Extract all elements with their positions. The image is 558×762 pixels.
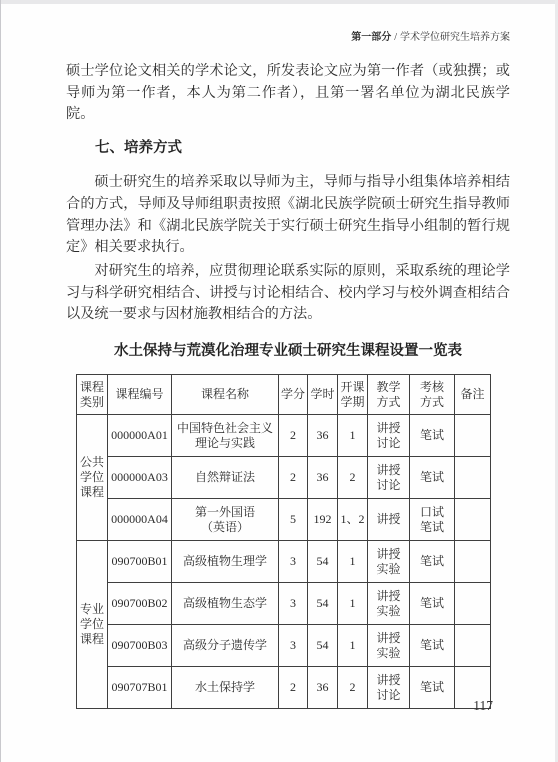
cell-name: 高级植物生态学 (172, 583, 279, 625)
cell-assessment: 笔试 (410, 541, 455, 583)
cell-name: 中国特色社会主义 理论与实践 (172, 415, 279, 457)
running-header-section: 第一部分 (351, 32, 391, 43)
cell-semester: 1 (338, 541, 368, 583)
cell-assessment: 笔试 (410, 667, 455, 709)
cell-teaching: 讲授 讨论 (368, 457, 410, 499)
cell-semester: 1 (338, 415, 368, 457)
cell-name: 第一外国语 （英语） (172, 499, 279, 541)
cell-credits: 3 (279, 541, 308, 583)
running-header: 第一部分/学术学位研究生培养方案 (66, 31, 510, 44)
document-page: 第一部分/学术学位研究生培养方案 硕士学位论文相关的学术论文，所发表论文应为第一… (0, 0, 558, 762)
cell-code: 090700B01 (108, 541, 172, 583)
cell-hours: 54 (308, 625, 338, 667)
section-heading: 七、培养方式 (66, 137, 510, 159)
cell-teaching: 讲授 实验 (368, 541, 410, 583)
cell-name: 高级植物生理学 (172, 541, 279, 583)
category-cell: 专业 学位 课程 (77, 541, 108, 709)
table-row: 000000A03自然辩证法2362讲授 讨论笔试 (77, 457, 491, 499)
running-header-title: 学术学位研究生培养方案 (400, 32, 510, 43)
cell-name: 高级分子遗传学 (172, 625, 279, 667)
column-header: 教学 方式 (368, 375, 410, 415)
table-row: 000000A04第一外国语 （英语）51921、2讲授口试 笔试 (77, 499, 491, 541)
cell-code: 000000A04 (108, 499, 172, 541)
cell-hours: 54 (308, 583, 338, 625)
table-row: 090700B03高级分子遗传学3541讲授 实验笔试 (77, 625, 491, 667)
cell-credits: 3 (279, 583, 308, 625)
course-table-title: 水土保持与荒漠化治理专业硕士研究生课程设置一览表 (66, 343, 510, 360)
column-header: 课程编号 (108, 375, 172, 415)
cell-note (455, 583, 491, 625)
course-table-header-row: 课程 类别课程编号课程名称学分学时开课 学期教学 方式考核 方式备注 (77, 375, 491, 415)
cell-name: 自然辩证法 (172, 457, 279, 499)
cell-assessment: 笔试 (410, 625, 455, 667)
cell-code: 000000A03 (108, 457, 172, 499)
cell-note (455, 457, 491, 499)
cell-teaching: 讲授 讨论 (368, 415, 410, 457)
column-header: 学分 (279, 375, 308, 415)
cell-note (455, 415, 491, 457)
cell-hours: 192 (308, 499, 338, 541)
body-paragraph-2: 对研究生的培养，应贯彻理论联系实际的原则，采取系统的理论学习与科学研究相结合、讲… (66, 261, 510, 326)
cell-assessment: 口试 笔试 (410, 499, 455, 541)
column-header: 学时 (308, 375, 338, 415)
column-header: 课程名称 (172, 375, 279, 415)
cell-credits: 3 (279, 625, 308, 667)
cell-credits: 5 (279, 499, 308, 541)
column-header: 课程 类别 (77, 375, 108, 415)
cell-hours: 36 (308, 457, 338, 499)
cell-hours: 36 (308, 667, 338, 709)
cell-semester: 1 (338, 625, 368, 667)
table-row: 公共 学位 课程000000A01中国特色社会主义 理论与实践2361讲授 讨论… (77, 415, 491, 457)
body-continuation-paragraph: 硕士学位论文相关的学术论文，所发表论文应为第一作者（或独撰；或导师为第一作者，本… (66, 61, 510, 126)
cell-semester: 1、2 (338, 499, 368, 541)
scan-edge-left (0, 0, 1, 762)
page-number: 117 (473, 698, 493, 713)
column-header: 考核 方式 (410, 375, 455, 415)
column-header: 开课 学期 (338, 375, 368, 415)
cell-note (455, 625, 491, 667)
cell-teaching: 讲授 实验 (368, 625, 410, 667)
course-table: 课程 类别课程编号课程名称学分学时开课 学期教学 方式考核 方式备注 公共 学位… (76, 374, 491, 709)
body-paragraph-1: 硕士研究生的培养采取以导师为主，导师与指导小组集体培养相结合的方式，导师及导师组… (66, 172, 510, 259)
cell-teaching: 讲授 (368, 499, 410, 541)
cell-assessment: 笔试 (410, 583, 455, 625)
cell-credits: 2 (279, 667, 308, 709)
cell-code: 090707B01 (108, 667, 172, 709)
cell-assessment: 笔试 (410, 415, 455, 457)
category-cell: 公共 学位 课程 (77, 415, 108, 541)
cell-code: 090700B02 (108, 583, 172, 625)
cell-assessment: 笔试 (410, 457, 455, 499)
cell-code: 090700B03 (108, 625, 172, 667)
column-header: 备注 (455, 375, 491, 415)
table-row: 090707B01水土保持学2362讲授 讨论笔试 (77, 667, 491, 709)
cell-teaching: 讲授 讨论 (368, 667, 410, 709)
cell-semester: 2 (338, 457, 368, 499)
page-content: 第一部分/学术学位研究生培养方案 硕士学位论文相关的学术论文，所发表论文应为第一… (66, 0, 510, 709)
cell-semester: 2 (338, 667, 368, 709)
cell-hours: 54 (308, 541, 338, 583)
cell-code: 000000A01 (108, 415, 172, 457)
cell-hours: 36 (308, 415, 338, 457)
cell-teaching: 讲授 实验 (368, 583, 410, 625)
table-row: 090700B02高级植物生态学3541讲授 实验笔试 (77, 583, 491, 625)
course-table-body: 公共 学位 课程000000A01中国特色社会主义 理论与实践2361讲授 讨论… (77, 415, 491, 709)
cell-note (455, 541, 491, 583)
table-row: 专业 学位 课程090700B01高级植物生理学3541讲授 实验笔试 (77, 541, 491, 583)
cell-semester: 1 (338, 583, 368, 625)
running-header-separator: / (394, 32, 397, 43)
cell-credits: 2 (279, 415, 308, 457)
cell-note (455, 499, 491, 541)
cell-name: 水土保持学 (172, 667, 279, 709)
cell-credits: 2 (279, 457, 308, 499)
